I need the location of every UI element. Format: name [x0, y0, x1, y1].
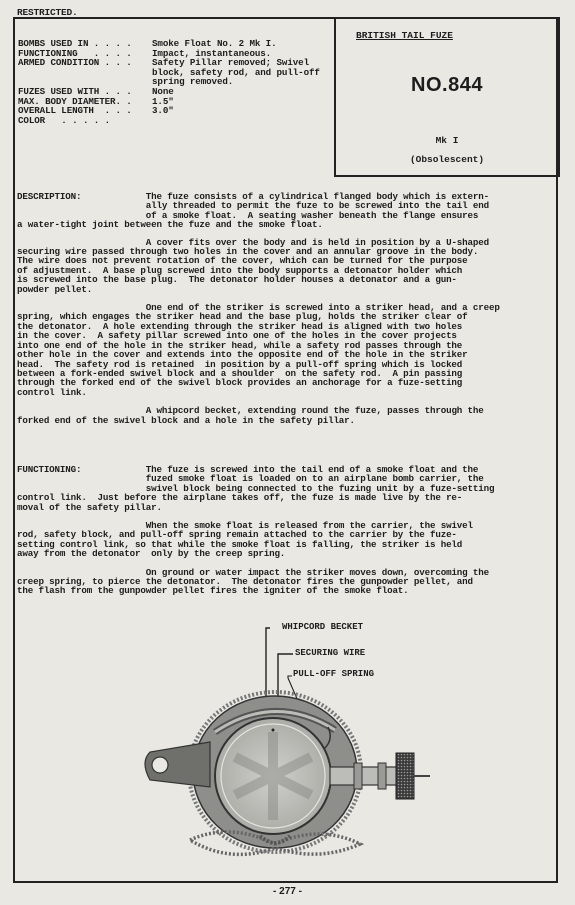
spec-row-color: COLOR . . . . .	[18, 116, 330, 126]
fuze-number: NO.844	[336, 74, 558, 97]
spec-value: None	[152, 87, 330, 97]
spec-label: COLOR . . . . .	[18, 116, 152, 126]
functioning-paragraph: When the smoke float is released from th…	[17, 521, 551, 559]
callout-pull-off-spring: PULL-OFF SPRING	[293, 669, 374, 679]
functioning-paragraph: On ground or water impact the striker mo…	[17, 568, 551, 596]
functioning-section: FUNCTIONING: The fuze is screwed into th…	[17, 465, 551, 596]
fuze-status: (Obsolescent)	[336, 154, 558, 165]
spec-value: Safety Pillar removed; Swivel block, saf…	[152, 58, 330, 87]
spec-value: 3.0"	[152, 106, 330, 116]
functioning-heading: FUNCTIONING:	[17, 465, 81, 474]
fuze-illustration: WHIPCORD BECKET SECURING WIRE PULL-OFF S…	[130, 612, 430, 882]
description-section: DESCRIPTION: The fuze consists of a cyli…	[17, 192, 551, 425]
description-paragraph: A whipcord becket, extending round the f…	[17, 406, 551, 425]
fuze-series: BRITISH TAIL FUZE	[356, 30, 453, 41]
fuze-mark: Mk I	[336, 135, 558, 146]
spec-value	[152, 116, 330, 126]
description-paragraph: The fuze consists of a cylindrical flang…	[17, 192, 551, 230]
description-paragraph: A cover fits over the body and is held i…	[17, 238, 551, 294]
page-number: - 277 -	[0, 886, 575, 897]
fuze-drawing-icon	[130, 612, 430, 877]
spec-value: 1.5"	[152, 97, 330, 107]
spec-row-armed-condition: ARMED CONDITION . . . Safety Pillar remo…	[18, 58, 330, 87]
callout-whipcord-becket: WHIPCORD BECKET	[282, 622, 363, 632]
spec-table: BOMBS USED IN . . . . Smoke Float No. 2 …	[18, 39, 330, 125]
fuze-id-box: BRITISH TAIL FUZE NO.844 Mk I (Obsolesce…	[334, 17, 560, 177]
functioning-paragraph: The fuze is screwed into the tail end of…	[17, 465, 551, 512]
description-paragraph: One end of the striker is screwed into a…	[17, 303, 551, 397]
spec-label: ARMED CONDITION . . .	[18, 58, 152, 87]
callout-securing-wire: SECURING WIRE	[295, 648, 365, 658]
description-heading: DESCRIPTION:	[17, 192, 81, 201]
